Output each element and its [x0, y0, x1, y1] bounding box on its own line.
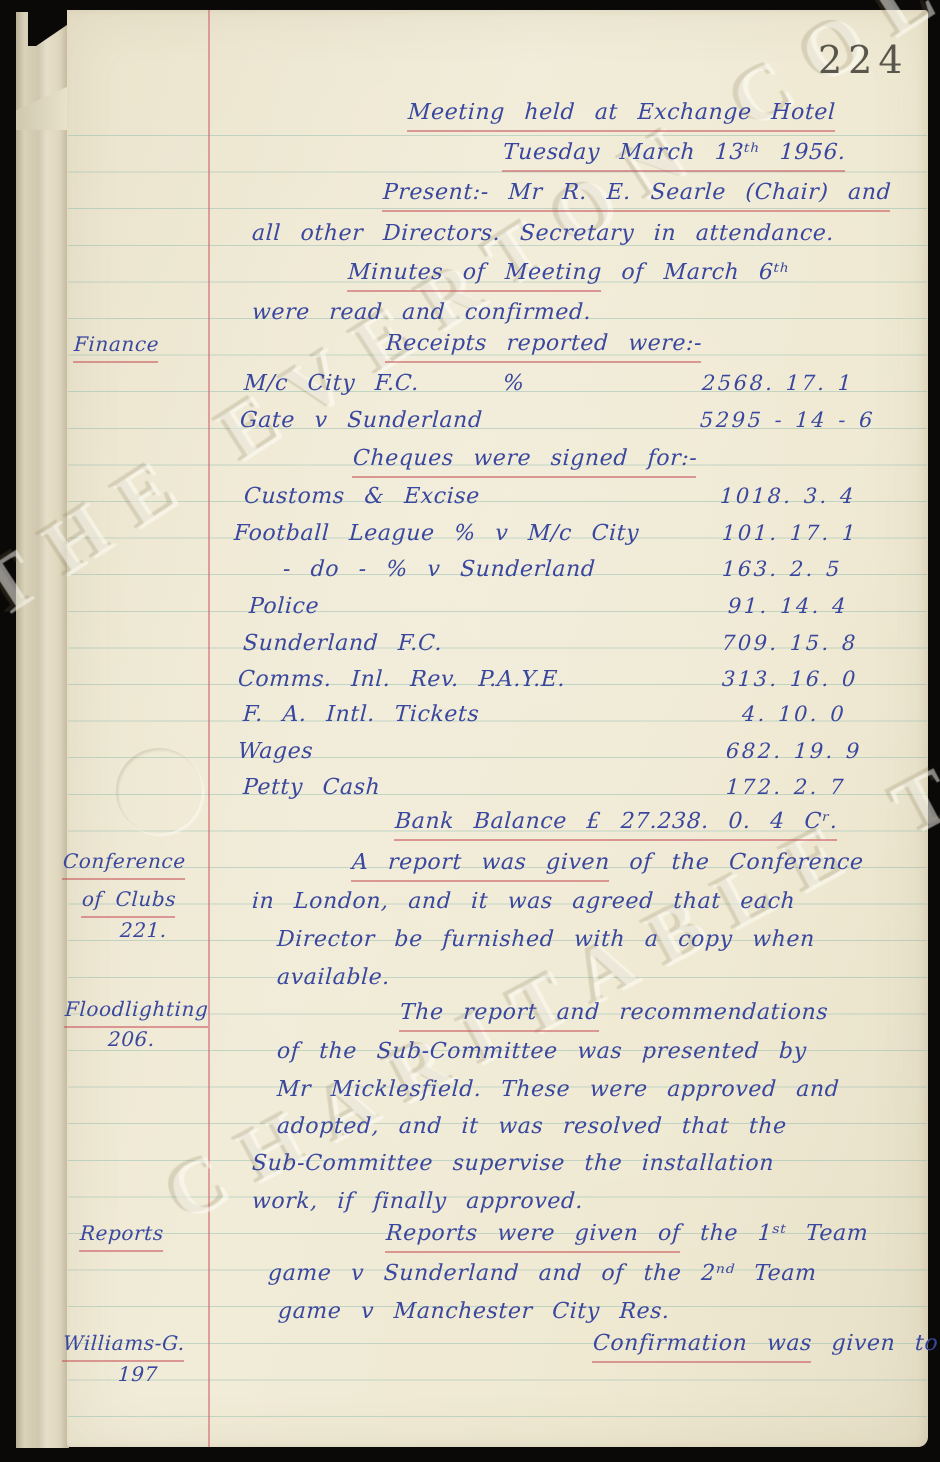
minute-line: Tuesday March 13ᵗʰ 1956.: [502, 140, 846, 165]
amount-value: 91. 14. 4: [727, 594, 848, 618]
red-underlined-text: Minutes of Meeting: [347, 260, 603, 292]
minute-text: Sunderland F.C.: [242, 631, 443, 656]
red-underlined-text: Reports: [79, 1221, 164, 1252]
minute-text: of March 6ᵗʰ: [601, 260, 790, 285]
margin-heading: 221.: [119, 918, 167, 942]
minute-line: available.: [276, 965, 390, 990]
amount-value: 5295 - 14 - 6: [699, 408, 875, 432]
red-underlined-text: Williams-G.: [62, 1331, 186, 1362]
minute-text: available.: [276, 965, 390, 990]
margin-text: 221.: [119, 918, 167, 942]
minute-line: work, if finally approved.: [251, 1189, 584, 1214]
amount-value: 101. 17. 1: [721, 521, 858, 545]
minute-line: game v Manchester City Res.: [277, 1299, 670, 1324]
minute-text: all other Directors. Secretary in attend…: [251, 221, 834, 246]
margin-heading: Finance: [73, 332, 159, 356]
embossed-seal-circle: [116, 748, 202, 834]
minute-line: A report was given of the Conference: [351, 850, 864, 875]
amount-value: 4. 10. 0: [741, 702, 846, 726]
minute-line: Reports were given of the 1ˢᵗ Team: [385, 1221, 869, 1246]
margin-text: 206.: [107, 1027, 155, 1051]
minute-text: Petty Cash: [242, 775, 381, 800]
red-underlined-text: of Clubs: [81, 887, 177, 918]
margin-heading: Conference: [62, 849, 186, 873]
minute-text: were read and confirmed.: [251, 300, 592, 325]
red-underlined-text: Receipts reported were:-: [385, 331, 703, 363]
minute-text: work, if finally approved.: [251, 1189, 584, 1214]
book-page-edges: [16, 12, 69, 1448]
minute-text: Comms. Inl. Rev. P.A.Y.E.: [237, 667, 566, 692]
margin-heading: Floodlighting: [64, 997, 209, 1021]
minute-text: Gate v Sunderland: [239, 408, 483, 433]
red-underlined-text: A report was given: [351, 850, 611, 882]
minute-text: M/c City F.C.: [243, 371, 419, 396]
minute-text: Police: [248, 594, 319, 619]
red-underlined-text: Present:- Mr R. E. Searle (Chair) and: [382, 180, 892, 212]
minute-line: Confirmation was given to the: [592, 1331, 940, 1356]
minute-text: of the Sub-Committee was presented by: [276, 1039, 807, 1064]
minute-line: Police91. 14. 4: [248, 594, 319, 619]
red-underlined-text: Finance: [73, 332, 160, 363]
minute-line: Bank Balance £ 27.238. 0. 4 Cʳ.: [394, 809, 838, 834]
amount-value: 2568. 17. 1: [701, 371, 854, 395]
minute-line: Director be furnished with a copy when: [276, 927, 815, 952]
margin-heading: 206.: [107, 1027, 155, 1051]
red-underlined-text: Tuesday March 13ᵗʰ 1956.: [502, 140, 846, 172]
amount-value: 172. 2. 7: [725, 775, 846, 799]
minute-line: Minutes of Meeting of March 6ᵗʰ: [347, 260, 790, 285]
amount-value: 1018. 3. 4: [719, 484, 856, 508]
minute-line: Comms. Inl. Rev. P.A.Y.E.313. 16. 0: [237, 667, 566, 692]
margin-heading: 197: [117, 1362, 158, 1386]
margin-rule-line: [208, 10, 210, 1447]
amount-value: 163. 2. 5: [721, 557, 842, 581]
red-underlined-text: Bank Balance £ 27.238. 0. 4 Cʳ.: [394, 809, 838, 841]
minute-line: game v Sunderland and of the 2ⁿᵈ Team: [267, 1261, 817, 1286]
minute-text: in London, and it was agreed that each: [251, 889, 796, 914]
minute-line: The report and recommendations: [399, 1000, 829, 1025]
minute-text: - do - % v Sunderland: [282, 557, 596, 582]
minute-text: game v Manchester City Res.: [277, 1299, 670, 1324]
minute-text: Sub-Committee supervise the installation: [251, 1151, 774, 1176]
minute-text: Director be furnished with a copy when: [276, 927, 815, 952]
minute-line: Receipts reported were:-: [385, 331, 702, 356]
minute-line: Customs & Excise1018. 3. 4: [243, 484, 480, 509]
scanned-minute-book: THE EVERTON COLLECTION CHARITABLE TRUST …: [0, 0, 940, 1462]
minute-line: Wages682. 19. 9: [237, 739, 314, 764]
red-underlined-text: Cheques were signed for:-: [352, 446, 698, 478]
amount-value: 709. 15. 8: [721, 631, 858, 655]
red-underlined-text: Meeting held at Exchange Hotel: [407, 100, 836, 132]
minute-line: adopted, and it was resolved that the: [276, 1114, 787, 1139]
minute-line: Gate v Sunderland5295 - 14 - 6: [239, 408, 483, 433]
ledger-note: %: [502, 371, 525, 396]
minute-line: of the Sub-Committee was presented by: [276, 1039, 807, 1064]
minute-line: Cheques were signed for:-: [352, 446, 698, 471]
page-number-stamp: 224: [818, 38, 909, 82]
minute-text: recommendations: [599, 1000, 829, 1025]
minute-text: of the Conference: [609, 850, 864, 875]
minute-line: in London, and it was agreed that each: [251, 889, 796, 914]
minute-line: Mr Micklesfield. These were approved and: [276, 1077, 840, 1102]
minute-line: Sub-Committee supervise the installation: [251, 1151, 774, 1176]
minute-text: F. A. Intl. Tickets: [242, 702, 480, 727]
minute-line: all other Directors. Secretary in attend…: [251, 221, 834, 246]
minute-text: the 1ˢᵗ Team: [680, 1221, 869, 1246]
minute-line: Meeting held at Exchange Hotel: [407, 100, 836, 125]
minute-line: F. A. Intl. Tickets4. 10. 0: [242, 702, 480, 727]
minute-text: given to the: [811, 1331, 940, 1356]
minute-line: Present:- Mr R. E. Searle (Chair) and: [382, 180, 892, 205]
red-underlined-text: Reports were given of: [385, 1221, 681, 1253]
minute-line: Petty Cash172. 2. 7: [242, 775, 381, 800]
red-underlined-text: Floodlighting: [64, 997, 209, 1028]
amount-value: 682. 19. 9: [725, 739, 862, 763]
minute-text: Mr Micklesfield. These were approved and: [276, 1077, 840, 1102]
margin-text: 197: [117, 1362, 158, 1386]
minute-text: Customs & Excise: [243, 484, 480, 509]
minute-text: Wages: [237, 739, 314, 764]
minute-line: Sunderland F.C.709. 15. 8: [242, 631, 443, 656]
minute-line: were read and confirmed.: [251, 300, 592, 325]
minute-text: adopted, and it was resolved that the: [276, 1114, 787, 1139]
margin-heading: Reports: [79, 1221, 164, 1245]
minute-line: - do - % v Sunderland163. 2. 5: [282, 557, 596, 582]
amount-value: 313. 16. 0: [721, 667, 858, 691]
red-underlined-text: Confirmation was: [592, 1331, 813, 1363]
margin-heading: of Clubs: [81, 887, 177, 911]
minute-text: game v Sunderland and of the 2ⁿᵈ Team: [267, 1261, 817, 1286]
minute-text: Football League % v M/c City: [233, 521, 639, 546]
minute-line: Football League % v M/c City101. 17. 1: [233, 521, 639, 546]
red-underlined-text: The report and: [399, 1000, 601, 1032]
red-underlined-text: Conference: [62, 849, 186, 880]
minute-line: M/c City F.C.%2568. 17. 1: [243, 371, 419, 396]
margin-heading: Williams-G.: [62, 1331, 185, 1355]
